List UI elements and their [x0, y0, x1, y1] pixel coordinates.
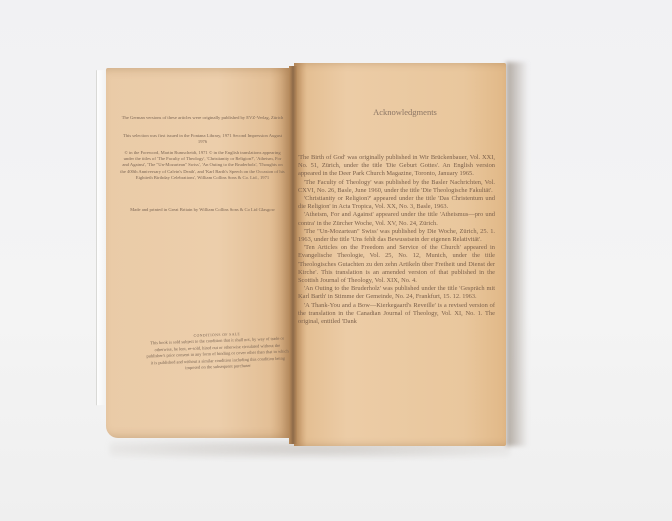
page-title: Acknowledgments: [345, 107, 465, 117]
paragraph: 'The Birth of God' was originally publis…: [298, 154, 495, 179]
paragraph: 'A Thank-You and a Bow—Kierkegaard's Rev…: [298, 302, 495, 327]
book-gutter: [289, 66, 297, 444]
printer-note: Made and printed in Great Britain by Wil…: [120, 207, 285, 213]
conditions-of-sale: CONDITIONS OF SALE This book is sold sub…: [144, 329, 290, 372]
paragraph: 'Christianity or Religion?' appeared und…: [298, 195, 495, 211]
paragraph: 'Atheism, For and Against' appeared unde…: [298, 211, 495, 227]
conditions-body: This book is sold subject to the conditi…: [145, 336, 291, 373]
acknowledgments-body: 'The Birth of God' was originally publis…: [298, 154, 495, 326]
book-shadow-right: [506, 62, 528, 446]
edition-note: This selection was first issued in the F…: [120, 133, 285, 145]
paragraph: 'The Faculty of Theology' was published …: [298, 179, 495, 195]
paragraph: 'The "Un-Mozartean" Swiss' was published…: [298, 228, 495, 244]
left-page: [106, 68, 292, 438]
paragraph: 'Ten Articles on the Freedom and Service…: [298, 244, 495, 285]
copyright-notice: © in the Foreword, Martin Rumscheidt, 19…: [120, 150, 285, 181]
paragraph: 'An Outing to the Bruderholz' was publis…: [298, 285, 495, 301]
copyright-origin-note: The German versions of these articles we…: [120, 115, 285, 121]
